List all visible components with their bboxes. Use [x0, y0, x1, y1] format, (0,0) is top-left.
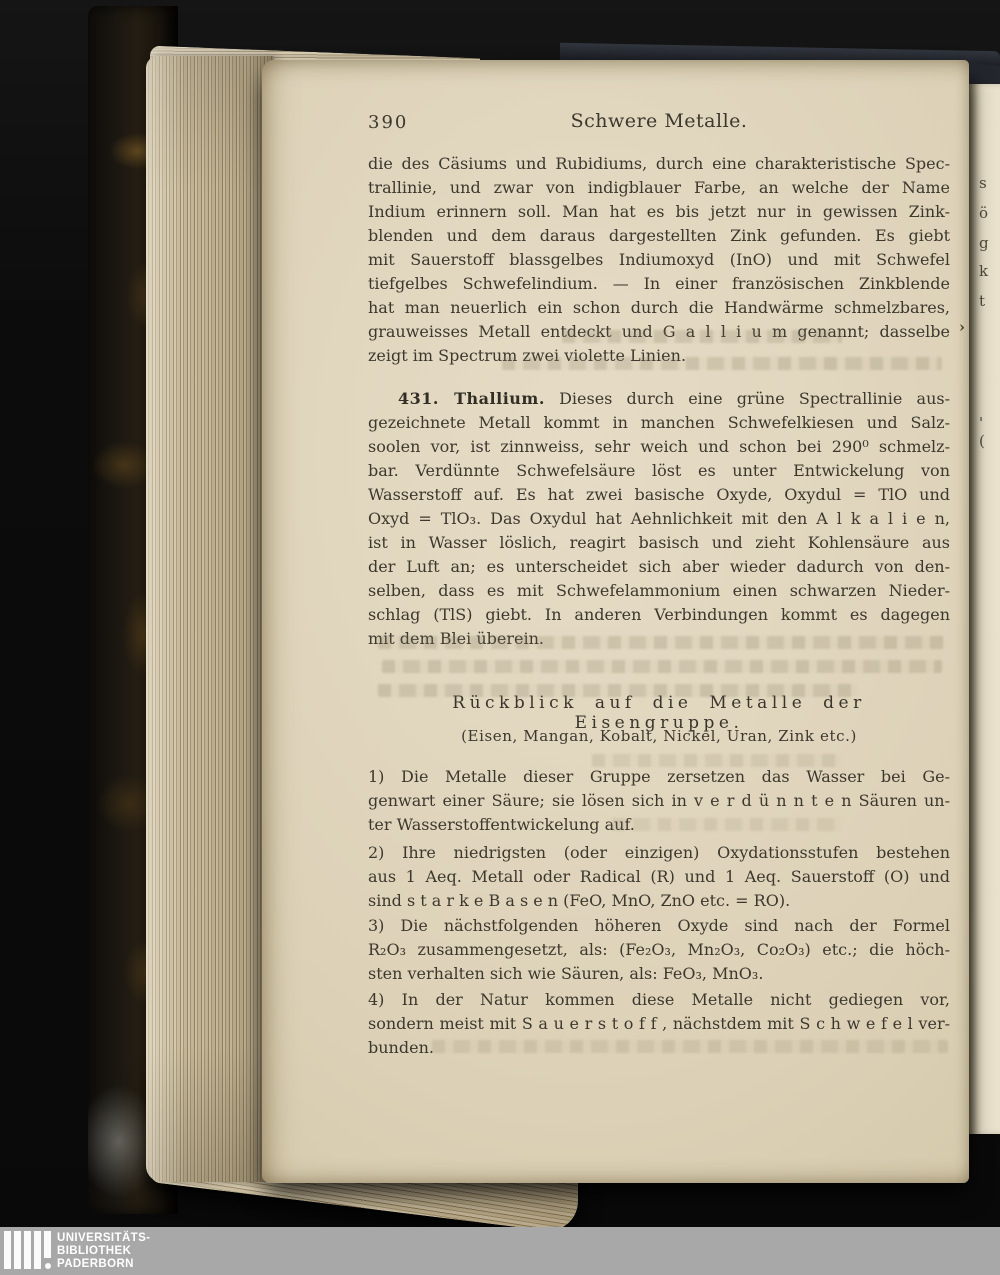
text-line-rest: Dieses durch eine grüne Spectrallinie au… [545, 389, 950, 408]
text-line: sind s t a r k e B a s e n (FeO, MnO, Zn… [368, 889, 950, 913]
logo-dot [45, 1263, 51, 1269]
partial-letter-fragment: g [979, 234, 989, 252]
library-logo-icon [4, 1231, 54, 1271]
text-line: Indium erinnern soll. Man hat es bis jet… [368, 200, 950, 224]
logo-bar [14, 1231, 21, 1269]
text-line: tiefgelbes Schwefelindium. — In einer fr… [368, 272, 950, 296]
text-line: mit Sauerstoff blassgelbes Indiumoxyd (I… [368, 248, 950, 272]
page-header: 390 Schwere Metalle. [368, 110, 950, 140]
next-page-sliver: sögkt'( [969, 84, 1000, 1134]
text-line: genwart einer Säure; sie lösen sich in v… [368, 789, 950, 813]
logo-bar [24, 1231, 31, 1269]
text-line: bar. Verdünnte Schwefelsäure löst es unt… [368, 459, 950, 483]
text-line: sondern meist mit S a u e r s t o f f , … [368, 1012, 950, 1036]
text-line: gezeichnete Metall kommt in manchen Schw… [368, 411, 950, 435]
bleed-through-ghost-text [378, 684, 858, 697]
text-line: blenden und dem daraus dargestellten Zin… [368, 224, 950, 248]
bleed-through-ghost-text [432, 1040, 948, 1053]
text-line: der Luft an; es unterscheidet sich aber … [368, 555, 950, 579]
partial-letter-fragment: ' [979, 414, 983, 432]
text-line: 1) Die Metalle dieser Gruppe zersetzen d… [368, 765, 950, 789]
text-line: die des Cäsiums und Rubidiums, durch ein… [368, 152, 950, 176]
text-line: trallinie, und zwar von indigblauer Farb… [368, 176, 950, 200]
text-line: schlag (TlS) giebt. In anderen Verbindun… [368, 603, 950, 627]
text-line: hat man neuerlich ein schon durch die Ha… [368, 296, 950, 320]
page-fore-edge-stack [146, 56, 274, 1182]
partial-letter-fragment: ( [979, 432, 985, 450]
paragraph-thallium: 431. Thallium. Dieses durch eine grüne S… [368, 387, 950, 651]
text-line: 3) Die nächstfolgenden höheren Oxyde sin… [368, 914, 950, 938]
logo-bar [34, 1231, 41, 1269]
partial-letter-fragment: ö [979, 204, 988, 222]
section-subheading: (Eisen, Mangan, Kobalt, Nickel, Uran, Zi… [368, 727, 950, 745]
text-line: BIBLIOTHEK [57, 1245, 150, 1258]
partial-letter-fragment: k [979, 262, 988, 280]
logo-bar [4, 1231, 11, 1269]
text-line: 4) In der Natur kommen diese Metalle nic… [368, 988, 950, 1012]
logo-bar [44, 1231, 51, 1258]
margin-printers-mark: › [959, 318, 965, 336]
running-title: Schwere Metalle. [368, 110, 950, 132]
text-line: 2) Ihre niedrigsten (oder einzigen) Oxyd… [368, 841, 950, 865]
bleed-through-ghost-text [562, 330, 842, 343]
partial-letter-fragment: s [979, 174, 987, 192]
text-line: UNIVERSITÄTS- [57, 1232, 150, 1245]
bleed-through-ghost-text [378, 636, 944, 649]
text-line: aus 1 Aeq. Metall oder Radical (R) und 1… [368, 865, 950, 889]
numbered-item-3: 3) Die nächstfolgenden höheren Oxyde sin… [368, 914, 950, 986]
text-line: sten verhalten sich wie Säuren, als: FeO… [368, 962, 950, 986]
library-name: UNIVERSITÄTS-BIBLIOTHEKPADERBORN [57, 1232, 150, 1271]
text-line: R₂O₃ zusammengesetzt, als: (Fe₂O₃, Mn₂O₃… [368, 938, 950, 962]
bleed-through-ghost-text [502, 357, 942, 370]
book-page: 390 Schwere Metalle. die des Cäsiums und… [262, 60, 969, 1183]
bleed-through-ghost-text [592, 754, 842, 767]
bleed-through-ghost-text [612, 818, 842, 831]
text-line: soolen vor, ist zinnweiss, sehr weich un… [368, 435, 950, 459]
text-line: 431. Thallium. Dieses durch eine grüne S… [368, 387, 950, 411]
bleed-through-ghost-text [382, 660, 942, 673]
page-number: 390 [368, 112, 408, 133]
partial-letter-fragment: t [979, 292, 985, 310]
text-line: selben, dass es mit Schwefelammonium ein… [368, 579, 950, 603]
library-footer-bar: UNIVERSITÄTS-BIBLIOTHEKPADERBORN [0, 1227, 1000, 1275]
paragraph-thallium-lines: gezeichnete Metall kommt in manchen Schw… [368, 411, 950, 651]
numbered-item-2: 2) Ihre niedrigsten (oder einzigen) Oxyd… [368, 841, 950, 913]
text-line: Oxyd = TlO₃. Das Oxydul hat Aehnlichkeit… [368, 507, 950, 531]
text-line: ist in Wasser löslich, reagirt basisch u… [368, 531, 950, 555]
section-number-and-title: 431. Thallium. [398, 389, 545, 408]
text-line: PADERBORN [57, 1258, 150, 1271]
text-line: Wasserstoff auf. Es hat zwei basische Ox… [368, 483, 950, 507]
